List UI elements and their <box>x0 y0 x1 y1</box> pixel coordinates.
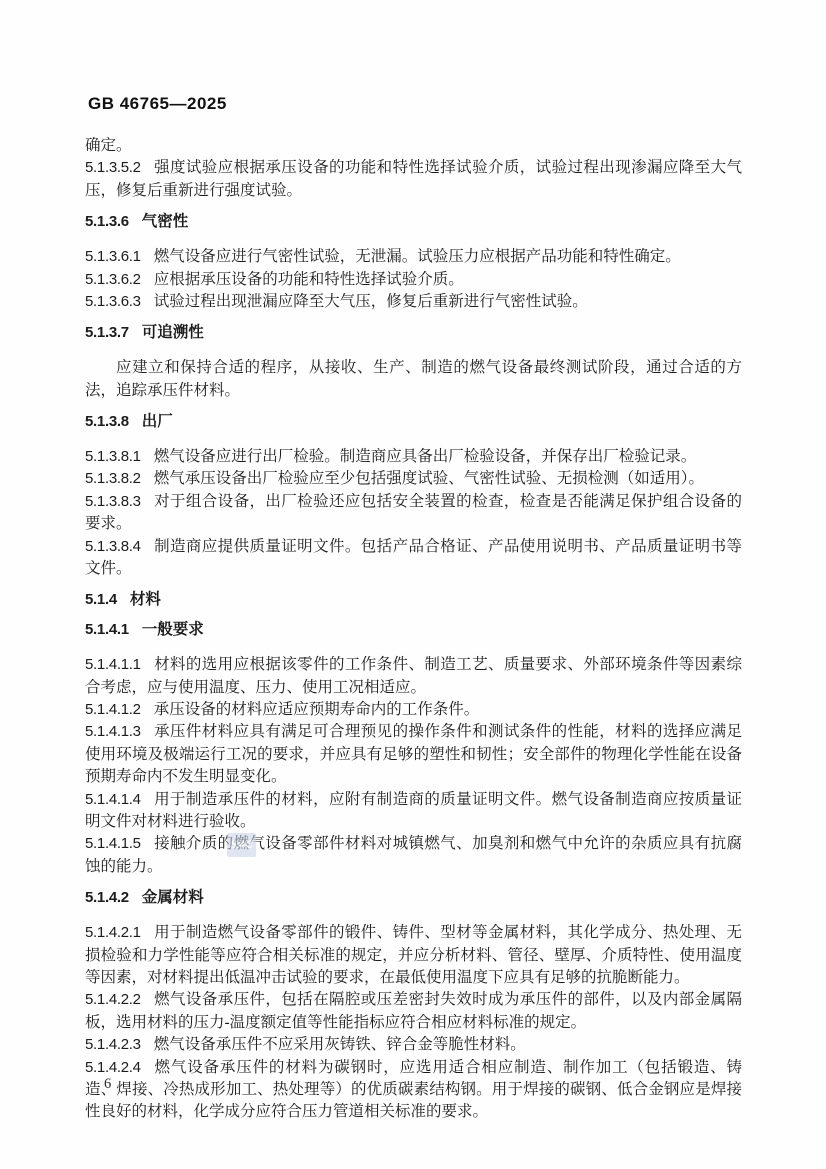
clause-text: 燃气设备应进行气密性试验，无泄漏。试验压力应根据产品功能和特性确定。 <box>154 248 681 265</box>
clause-number: 5.1.3.6.2 <box>85 271 141 288</box>
section-heading: 5.1.3.8出厂 <box>85 411 742 433</box>
sac-watermark-label: SAC <box>229 839 254 851</box>
section-title: 可追溯性 <box>142 324 204 341</box>
clause-number: 5.1.4.1.5 <box>85 835 141 852</box>
clause-text: 材料的选用应根据该零件的工作条件、制造工艺、质量要求、外部环境条件等因素综合考虑… <box>85 656 742 695</box>
section-number: 5.1.4.2 <box>85 889 129 906</box>
body-paragraph: 应建立和保持合适的程序，从接收、生产、制造的燃气设备最终测试阶段，通过合适的方法… <box>85 357 742 402</box>
clause-number: 5.1.4.2.1 <box>85 924 141 941</box>
clause-text: 承压件材料应具有满足可合理预见的操作条件和测试条件的性能，材料的选择应满足使用环… <box>85 723 742 785</box>
clause-number: 5.1.4.1.2 <box>85 701 141 718</box>
section-title: 金属材料 <box>142 889 204 906</box>
document-body: 确定。 5.1.3.5.2强度试验应根据承压设备的功能和特性选择试验介质，试验过… <box>85 135 742 1124</box>
clause-paragraph: 5.1.3.6.3试验过程出现泄漏应降至大气压，修复后重新进行气密性试验。 <box>85 291 742 313</box>
clause-number: 5.1.3.6.1 <box>85 248 141 265</box>
clause-paragraph: 5.1.4.1.5接触介质的燃气设备零部件材料对城镇燃气、加臭剂和燃气中允许的杂… <box>85 833 742 878</box>
section-number: 5.1.4 <box>85 591 117 608</box>
section-number: 5.1.3.8 <box>85 413 129 430</box>
clause-text: 燃气设备承压件的材料为碳钢时，应选用适合相应制造、制作加工（包括锻造、铸造、焊接… <box>85 1059 742 1121</box>
standard-number: GB 46765—2025 <box>88 94 227 114</box>
clause-paragraph: 5.1.3.6.1燃气设备应进行气密性试验，无泄漏。试验压力应根据产品功能和特性… <box>85 246 742 268</box>
clause-paragraph: 5.1.3.6.2应根据承压设备的功能和特性选择试验介质。 <box>85 269 742 291</box>
clause-paragraph: 5.1.3.8.2燃气承压设备出厂检验应至少包括强度试验、气密性试验、无损检测（… <box>85 468 742 490</box>
sac-watermark: SAC <box>227 833 256 857</box>
clause-number: 5.1.3.8.4 <box>85 538 141 555</box>
clause-number: 5.1.3.8.3 <box>85 493 141 510</box>
clause-paragraph: 5.1.3.5.2强度试验应根据承压设备的功能和特性选择试验介质，试验过程出现渗… <box>85 157 742 202</box>
clause-text: 制造商应提供质量证明文件。包括产品合格证、产品使用说明书、产品质量证明书等文件。 <box>85 538 742 577</box>
section-title: 材料 <box>130 591 161 608</box>
continuation-paragraph: 确定。 <box>85 135 742 157</box>
clause-text: 试验过程出现泄漏应降至大气压，修复后重新进行气密性试验。 <box>154 293 588 310</box>
section-title: 一般要求 <box>142 621 204 638</box>
clause-number: 5.1.3.8.2 <box>85 470 141 487</box>
clause-number: 5.1.4.1.1 <box>85 656 141 673</box>
section-number: 5.1.3.6 <box>85 213 129 230</box>
section-number: 5.1.3.7 <box>85 324 129 341</box>
clause-text: 用于制造燃气设备零部件的锻件、铸件、型材等金属材料，其化学成分、热处理、无损检验… <box>85 924 742 986</box>
clause-paragraph: 5.1.3.8.3对于组合设备，出厂检验还应包括安全装置的检查，检查是否能满足保… <box>85 491 742 536</box>
clause-number: 5.1.4.1.3 <box>85 723 141 740</box>
clause-text: 应根据承压设备的功能和特性选择试验介质。 <box>154 271 464 288</box>
clause-paragraph: 5.1.4.2.4燃气设备承压件的材料为碳钢时，应选用适合相应制造、制作加工（包… <box>85 1057 742 1124</box>
clause-text: 强度试验应根据承压设备的功能和特性选择试验介质，试验过程出现渗漏应降至大气压，修… <box>85 159 742 198</box>
section-heading: 5.1.4材料 <box>85 589 742 611</box>
clause-number: 5.1.4.2.3 <box>85 1036 141 1053</box>
clause-paragraph: 5.1.3.8.1燃气设备应进行出厂检验。制造商应具备出厂检验设备，并保存出厂检… <box>85 446 742 468</box>
clause-paragraph: 5.1.3.8.4制造商应提供质量证明文件。包括产品合格证、产品使用说明书、产品… <box>85 536 742 581</box>
section-heading: 5.1.4.1一般要求 <box>85 619 742 641</box>
section-heading: 5.1.3.6气密性 <box>85 211 742 233</box>
section-number: 5.1.4.1 <box>85 621 129 638</box>
clause-text: 燃气承压设备出厂检验应至少包括强度试验、气密性试验、无损检测（如适用）。 <box>154 470 704 487</box>
section-heading: 5.1.3.7可追溯性 <box>85 322 742 344</box>
clause-paragraph: 5.1.4.2.2燃气设备承压件，包括在隔腔或压差密封失效时成为承压件的部件，以… <box>85 989 742 1034</box>
clause-text: 对于组合设备，出厂检验还应包括安全装置的检查，检查是否能满足保护组合设备的要求。 <box>85 493 742 532</box>
clause-paragraph: 5.1.4.2.1用于制造燃气设备零部件的锻件、铸件、型材等金属材料，其化学成分… <box>85 922 742 989</box>
clause-paragraph: 5.1.4.1.2承压设备的材料应适应预期寿命内的工作条件。 <box>85 699 742 721</box>
section-title: 气密性 <box>142 213 189 230</box>
section-heading: 5.1.4.2金属材料 <box>85 887 742 909</box>
clause-text: 燃气设备应进行出厂检验。制造商应具备出厂检验设备，并保存出厂检验记录。 <box>154 448 697 465</box>
clause-number: 5.1.3.5.2 <box>85 159 141 176</box>
clause-number: 5.1.4.2.2 <box>85 991 141 1008</box>
section-title: 出厂 <box>142 413 173 430</box>
clause-text: 接触介质的燃气设备零部件材料对城镇燃气、加臭剂和燃气中允许的杂质应具有抗腐蚀的能… <box>85 835 742 874</box>
clause-number: 5.1.4.2.4 <box>85 1059 141 1076</box>
clause-paragraph: 5.1.4.2.3燃气设备承压件不应采用灰铸铁、锌合金等脆性材料。 <box>85 1034 742 1056</box>
clause-paragraph: 5.1.4.1.3承压件材料应具有满足可合理预见的操作条件和测试条件的性能，材料… <box>85 721 742 788</box>
clause-text: 用于制造承压件的材料，应附有制造商的质量证明文件。燃气设备制造商应按质量证明文件… <box>85 791 742 830</box>
page-number: 6 <box>104 1076 111 1093</box>
clause-number: 5.1.4.1.4 <box>85 791 141 808</box>
clause-text: 燃气设备承压件，包括在隔腔或压差密封失效时成为承压件的部件，以及内部金属隔板，选… <box>85 991 742 1030</box>
clause-number: 5.1.3.6.3 <box>85 293 141 310</box>
clause-text: 燃气设备承压件不应采用灰铸铁、锌合金等脆性材料。 <box>154 1036 526 1053</box>
clause-paragraph: 5.1.4.1.4用于制造承压件的材料，应附有制造商的质量证明文件。燃气设备制造… <box>85 789 742 834</box>
clause-text: 承压设备的材料应适应预期寿命内的工作条件。 <box>154 701 480 718</box>
clause-paragraph: 5.1.4.1.1材料的选用应根据该零件的工作条件、制造工艺、质量要求、外部环境… <box>85 654 742 699</box>
clause-number: 5.1.3.8.1 <box>85 448 141 465</box>
document-page: GB 46765—2025 确定。 5.1.3.5.2强度试验应根据承压设备的功… <box>0 0 826 1169</box>
